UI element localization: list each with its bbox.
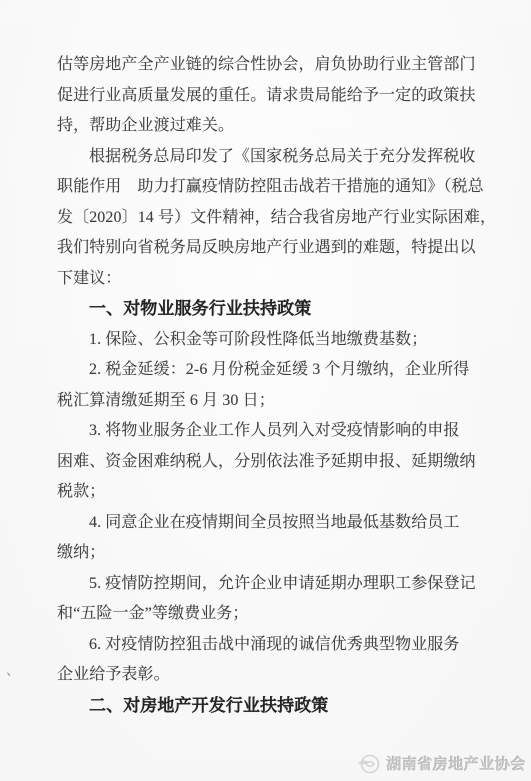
text-line: 根据税务总局印发了《国家税务总局关于充分发挥税收 [57, 142, 479, 173]
text-line: 6. 对疫情防控狙击战中涌现的诚信优秀典型物业服务 [57, 630, 479, 661]
text-line: 困难、资金困难纳税人，分别依法准予延期申报、延期缴纳 [57, 447, 479, 478]
text-line: 企业给予表彰。 [57, 660, 479, 691]
text-line: 4. 同意企业在疫情期间全员按照当地最低基数给员工 [57, 508, 479, 539]
text-line: 持，帮助企业渡过难关。 [57, 111, 479, 142]
association-emblem-icon [356, 751, 381, 776]
text-line: 税汇算清缴延期至 6 月 30 日； [57, 386, 479, 417]
text-line: 发〔2020〕14 号）文件精神，结合我省房地产行业实际困难， [57, 203, 479, 234]
text-line: 5. 疫情防控期间，允许企业申请延期办理职工参保登记 [57, 569, 479, 600]
section-heading: 一、对物业服务行业扶持政策 [57, 294, 479, 325]
text-line: 3. 将物业服务企业工作人员列入对受疫情影响的申报 [57, 416, 479, 447]
section-heading: 二、对房地产开发行业扶持政策 [57, 691, 479, 722]
text-line: 税款； [57, 477, 479, 508]
watermark-text: 湖南省房地产业协会 [386, 753, 526, 774]
text-line: 估等房地产全产业链的综合性协会，肩负协助行业主管部门 [57, 50, 479, 81]
text-line: 2. 税金延缓：2-6 月份税金延缓 3 个月缴纳，企业所得 [57, 355, 479, 386]
text-line: 下建议： [57, 264, 479, 295]
watermark: 湖南省房地产业协会 [356, 751, 526, 776]
scanned-document-page: 估等房地产全产业链的综合性协会，肩负协助行业主管部门促进行业高质量发展的重任。请… [0, 0, 531, 781]
text-line: 促进行业高质量发展的重任。请求贵局能给予一定的政策扶 [57, 81, 479, 112]
text-line: 1. 保险、公积金等可阶段性降低当地缴费基数； [57, 325, 479, 356]
scan-artifact-mark: 、 [6, 660, 20, 680]
text-line: 缴纳； [57, 538, 479, 569]
text-line: 和“五险一金”等缴费业务； [57, 599, 479, 630]
text-line: 我们特别向省税务局反映房地产行业遇到的难题，特提出以 [57, 233, 479, 264]
document-body: 估等房地产全产业链的综合性协会，肩负协助行业主管部门促进行业高质量发展的重任。请… [57, 50, 479, 721]
text-line: 职能作用 助力打赢疫情防控阻击战若干措施的通知》（税总 [57, 172, 479, 203]
